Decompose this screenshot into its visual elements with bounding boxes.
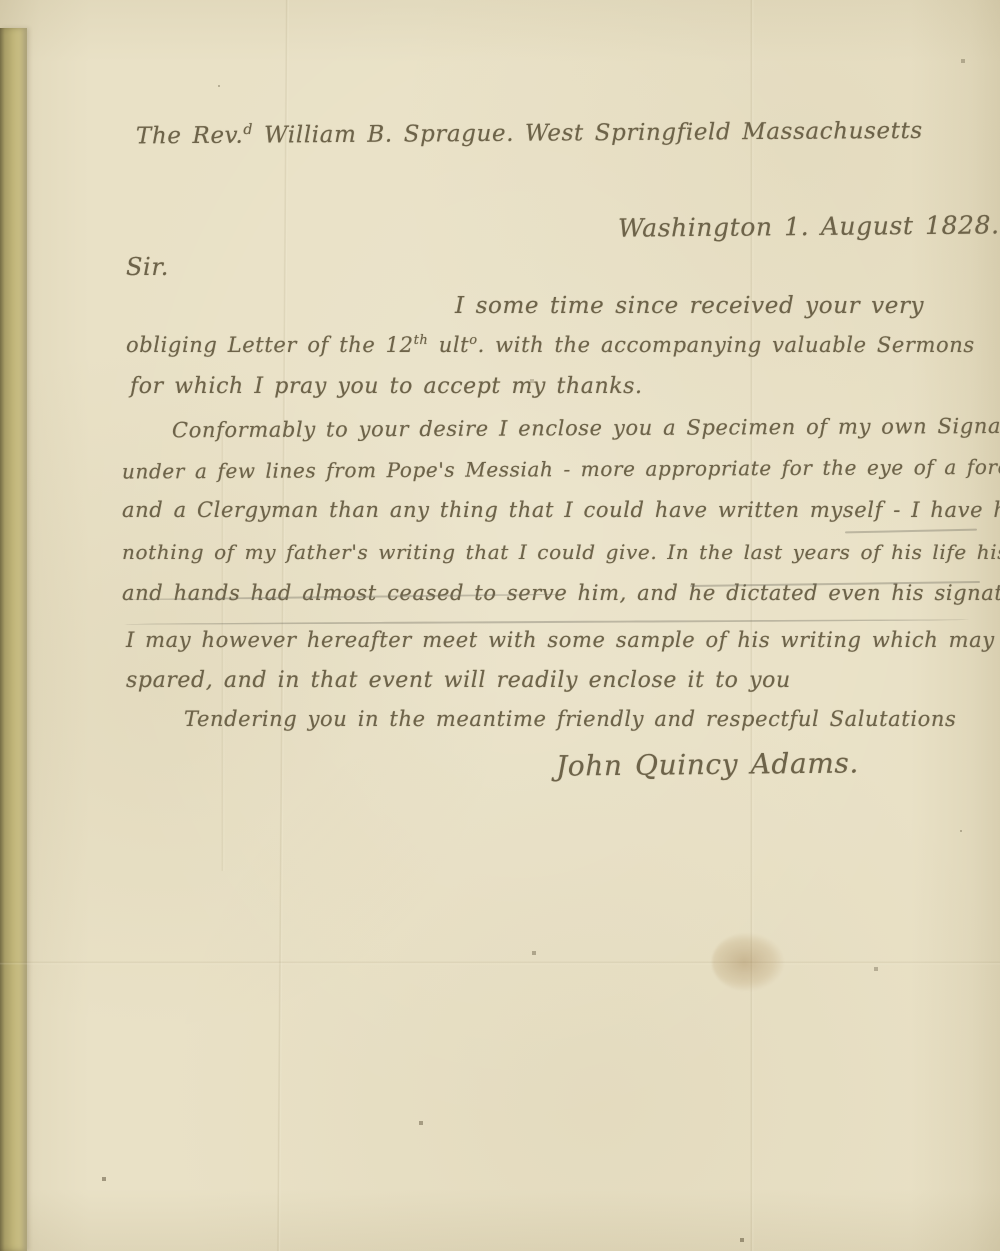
body-line: Conformably to your desire I enclose you…	[172, 414, 1000, 443]
salutation: Sir.	[126, 253, 169, 281]
signature: John Quincy Adams.	[556, 746, 859, 782]
body-line: nothing of my father's writing that I co…	[122, 540, 1000, 564]
address-post: William B. Sprague. West Springfield Mas…	[253, 118, 923, 149]
address-line: The Rev.d William B. Sprague. West Sprin…	[136, 117, 923, 149]
letter-page: The Rev.d William B. Sprague. West Sprin…	[0, 0, 1000, 1251]
body-line: obliging Letter of the 12th ulto. with t…	[126, 333, 975, 357]
ordinal-superscript: th	[414, 333, 429, 348]
body-line: for which I pray you to accept my thanks…	[130, 374, 643, 399]
paper-specks	[0, 0, 2, 2]
ink-stain	[712, 933, 784, 991]
body-line: under a few lines from Pope's Messiah - …	[122, 455, 1000, 484]
folded-page-edge	[0, 28, 27, 1251]
body-line: spared, and in that event will readily e…	[126, 668, 791, 693]
body-line-segment: ult	[428, 333, 469, 357]
body-line: and a Clergyman than any thing that I co…	[122, 498, 1000, 522]
fold-crease-vertical-left	[277, 0, 290, 1251]
body-line: and hands had almost ceased to serve him…	[122, 581, 1000, 605]
address-pre: The Rev.	[136, 123, 244, 150]
pencil-underline	[124, 619, 969, 625]
body-line-segment: . with the accompanying valuable Sermons	[478, 333, 975, 357]
address-superscript: d	[243, 122, 253, 138]
fold-crease-horizontal	[0, 961, 1000, 965]
body-line-segment: obliging Letter of the 12	[126, 333, 414, 357]
body-line: I some time since received your very	[455, 293, 924, 319]
body-line: I may however hereafter meet with some s…	[126, 628, 1000, 652]
fold-crease-vertical-right	[750, 0, 754, 1251]
pencil-underline	[845, 529, 977, 534]
closing-line: Tendering you in the meantime friendly a…	[184, 707, 956, 731]
ordinal-superscript: o	[469, 333, 477, 348]
dateline: Washington 1. August 1828.	[618, 210, 1000, 242]
